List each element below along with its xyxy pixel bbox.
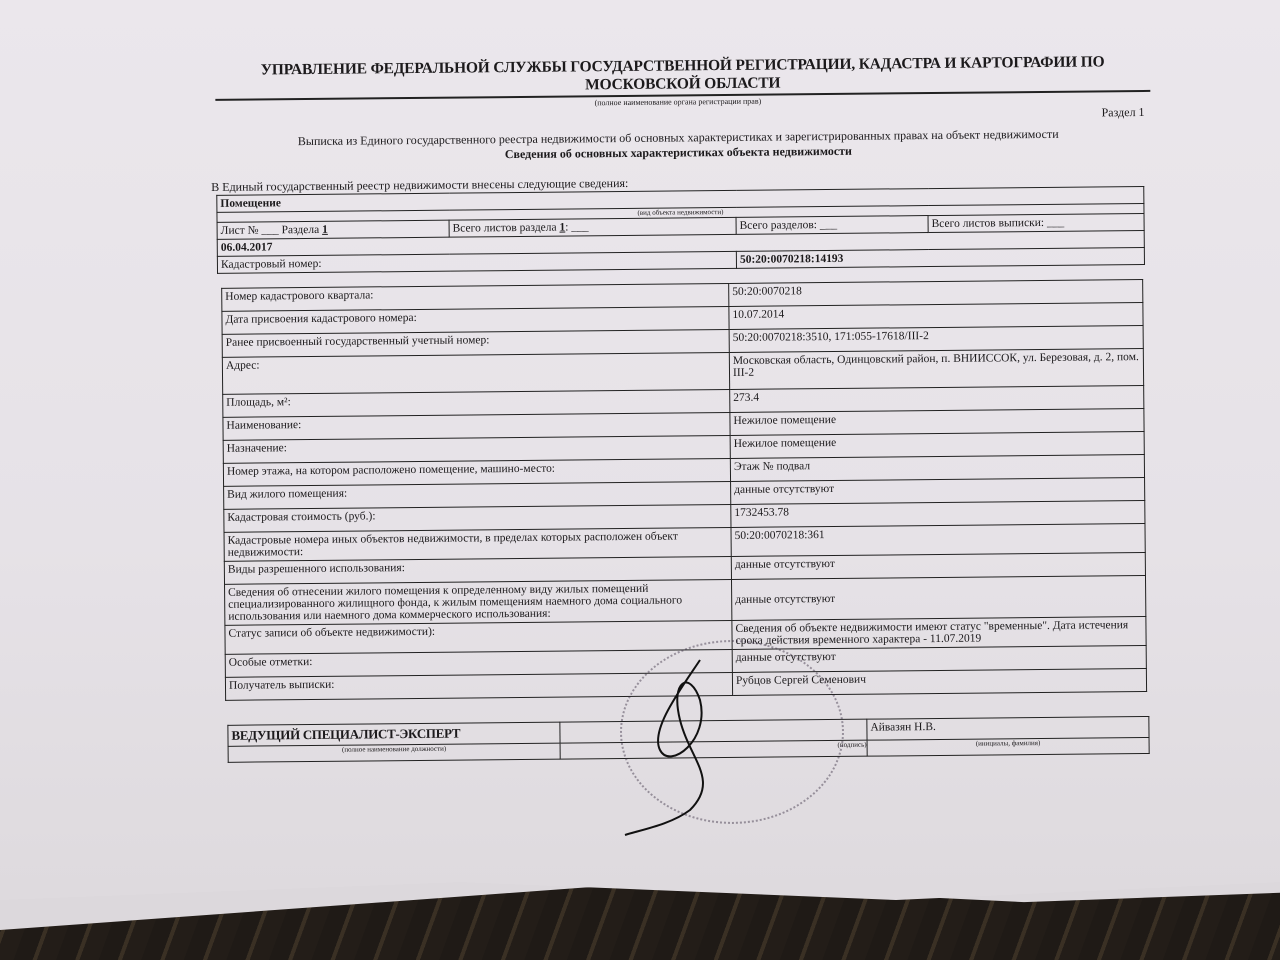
official-stamp xyxy=(620,640,844,824)
role-hint: (полное наименование должности) xyxy=(228,743,560,762)
total-extract-sheets: Всего листов выписки: ___ xyxy=(928,213,1144,232)
row-label: Адрес: xyxy=(222,352,729,394)
total-sheets-suffix: : ___ xyxy=(565,221,588,233)
total-sections: Всего разделов: ___ xyxy=(736,216,928,235)
sheet-label: Лист № ___ Раздела xyxy=(221,224,320,237)
sheet-section: 1 xyxy=(322,224,328,236)
name-hint: (инициалы, фамилия) xyxy=(867,737,1149,756)
row-value: 50:20:0070218:361 xyxy=(731,523,1145,556)
signer-name: Айвазян Н.В. xyxy=(867,716,1149,740)
row-value: данные отсутствуют xyxy=(731,575,1145,620)
object-header-table: Помещение (вид объекта недвижимости) Лис… xyxy=(216,186,1145,274)
characteristics-table: Номер кадастрового квартала:50:20:007021… xyxy=(221,279,1147,701)
cadastral-number-label: Кадастровый номер: xyxy=(217,251,736,273)
cadastral-number-value: 50:20:0070218:14193 xyxy=(736,247,1144,268)
row-label: Сведения об отнесении жилого помещения к… xyxy=(225,579,732,625)
total-sheets-label: Всего листов раздела xyxy=(453,222,557,235)
row-value: Московская область, Одинцовский район, п… xyxy=(729,349,1143,390)
row-value: Сведения об объекте недвижимости имеют с… xyxy=(732,616,1146,649)
